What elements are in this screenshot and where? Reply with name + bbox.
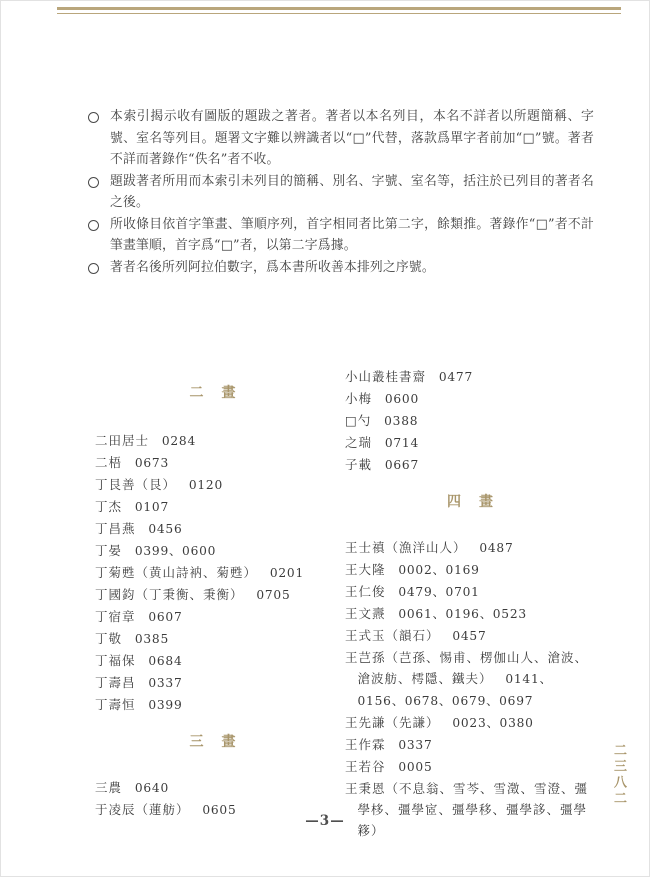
notes-list: 本索引揭示收有圖版的題跋之著者。著者以本名列目，本名不詳者以所題簡稱、字號、室名… (88, 106, 594, 278)
entry-name: 丁宿章 (95, 609, 136, 624)
entry-name: 王先謙（先謙） (345, 715, 440, 730)
index-entry: 王秉恩（不息翁、雪芩、雪澂、雪澄、彊學栘、彊學宧、彊學移、彊學誃、彊學簃） (345, 778, 597, 841)
entry-numbers: 0667 (385, 458, 419, 472)
entry-name: 小山叢桂書齋 (345, 369, 426, 384)
index-entry: 王芑孫（芑孫、惕甫、楞伽山人、滄波、滄波舫、樗隱、鐵夫）0141、0156、06… (345, 647, 597, 712)
page-number: —3— (0, 813, 650, 829)
entry-numbers: 0107 (135, 500, 169, 514)
index-entry: 王大隆0002、0169 (345, 559, 597, 581)
index-entry: 王仁俊0479、0701 (345, 581, 597, 603)
entry-numbers: 0005 (398, 760, 432, 774)
entry-numbers: 0479、0701 (398, 585, 479, 599)
index-entry: 二田居士0284 (95, 430, 332, 452)
top-rule-thin (57, 13, 621, 14)
entry-name: 之瑞 (345, 435, 372, 450)
note-text: 題跋著者所用而本索引未列目的簡稱、別名、字號、室名等，括注於已列目的著者名之後。 (110, 171, 594, 214)
entry-numbers: 0388 (384, 414, 418, 428)
entry-name: 王式玉（韻石） (345, 628, 440, 643)
index-entry: 丁宿章0607 (95, 606, 332, 628)
entry-name: 二田居士 (95, 433, 149, 448)
index-entry: 丁壽恒0399 (95, 694, 332, 716)
bullet-circle-icon (88, 220, 99, 231)
entry-name: 丁國鈞（丁秉衡、秉衡） (95, 587, 244, 602)
index-entry: 丁國鈞（丁秉衡、秉衡）0705 (95, 584, 332, 606)
stroke-section-header: 四 畫 (345, 492, 597, 513)
index-column-right: 小山叢桂書齋0477小梅0600□勺0388之瑞0714子載0667四 畫王士禛… (345, 366, 597, 841)
entry-numbers: 0705 (256, 588, 290, 602)
index-entry: 丁昌燕0456 (95, 518, 332, 540)
entry-name: 丁杰 (95, 499, 122, 514)
entry-numbers: 0201 (270, 566, 304, 580)
note-text: 所收條目依首字筆畫、筆順序列，首字相同者比第二字，餘類推。著錄作“□”者不計筆畫… (110, 214, 594, 257)
stroke-section-header: 二 畫 (95, 383, 332, 404)
index-entry: 王文燾0061、0196、0523 (345, 603, 597, 625)
index-entry: 丁杰0107 (95, 496, 332, 518)
note-item: 題跋著者所用而本索引未列目的簡稱、別名、字號、室名等，括注於已列目的著者名之後。 (88, 171, 594, 214)
entry-name: 王秉恩（不息翁、雪芩、雪澂、雪澄、彊學栘、彊學宧、彊學移、彊學誃、彊學簃） (345, 781, 588, 838)
entry-numbers: 0399 (148, 698, 182, 712)
note-item: 所收條目依首字筆畫、筆順序列，首字相同者比第二字，餘類推。著錄作“□”者不計筆畫… (88, 214, 594, 257)
index-entry: 丁艮善（艮）0120 (95, 474, 332, 496)
index-entry: 三農0640 (95, 777, 332, 799)
top-rule-thick (57, 7, 621, 10)
entry-name: 丁晏 (95, 543, 122, 558)
bullet-circle-icon (88, 177, 99, 188)
entry-name: 三農 (95, 780, 122, 795)
entry-numbers: 0607 (148, 610, 182, 624)
entry-name: 丁昌燕 (95, 521, 136, 536)
document-page: 本索引揭示收有圖版的題跋之著者。著者以本名列目，本名不詳者以所題簡稱、字號、室名… (0, 0, 650, 877)
bullet-circle-icon (88, 112, 99, 123)
index-entry: 二梧0673 (95, 452, 332, 474)
index-entry: 丁晏0399、0600 (95, 540, 332, 562)
index-column-left: 二 畫二田居士0284二梧0673丁艮善（艮）0120丁杰0107丁昌燕0456… (95, 383, 332, 821)
index-entry: 之瑞0714 (345, 432, 597, 454)
index-entry: 小梅0600 (345, 388, 597, 410)
entry-name: 小梅 (345, 391, 372, 406)
entry-name: 二梧 (95, 455, 122, 470)
bullet-circle-icon (88, 263, 99, 274)
index-entry: □勺0388 (345, 410, 597, 432)
entry-name: 丁壽恒 (95, 697, 136, 712)
entry-numbers: 0640 (135, 781, 169, 795)
index-entry: 王若谷0005 (345, 756, 597, 778)
entry-numbers: 0399、0600 (135, 544, 216, 558)
entry-name: 子載 (345, 457, 372, 472)
entry-numbers: 0487 (479, 541, 513, 555)
index-entry: 丁福保0684 (95, 650, 332, 672)
entry-name: 丁艮善（艮） (95, 477, 176, 492)
index-entry: 丁壽昌0337 (95, 672, 332, 694)
index-entry: 丁敬0385 (95, 628, 332, 650)
note-text: 著者名後所列阿拉伯數字，爲本書所收善本排列之序號。 (110, 257, 594, 279)
entry-numbers: 0337 (398, 738, 432, 752)
entry-numbers: 0600 (385, 392, 419, 406)
entry-name: 丁福保 (95, 653, 136, 668)
entry-name: 丁敬 (95, 631, 122, 646)
index-entry: 王士禛（漁洋山人）0487 (345, 537, 597, 559)
entry-numbers: 0456 (148, 522, 182, 536)
entry-numbers: 0337 (148, 676, 182, 690)
entry-name: 王仁俊 (345, 584, 386, 599)
entry-numbers: 0457 (452, 629, 486, 643)
entry-name: 王文燾 (345, 606, 386, 621)
index-entry: 丁菊甦（黄山詩衲、菊甦）0201 (95, 562, 332, 584)
entry-numbers: 0284 (162, 434, 196, 448)
entry-numbers: 0714 (385, 436, 419, 450)
entry-numbers: 0385 (135, 632, 169, 646)
index-entry: 王先謙（先謙）0023、0380 (345, 712, 597, 734)
entry-numbers: 0023、0380 (452, 716, 533, 730)
entry-name: 丁菊甦（黄山詩衲、菊甦） (95, 565, 257, 580)
entry-numbers: 0477 (439, 370, 473, 384)
entry-numbers: 0061、0196、0523 (398, 607, 527, 621)
note-item: 本索引揭示收有圖版的題跋之著者。著者以本名列目，本名不詳者以所題簡稱、字號、室名… (88, 106, 594, 171)
note-item: 著者名後所列阿拉伯數字，爲本書所收善本排列之序號。 (88, 257, 594, 279)
entry-numbers: 0120 (189, 478, 223, 492)
entry-name: 王作霖 (345, 737, 386, 752)
index-entry: 子載0667 (345, 454, 597, 476)
entry-name: 丁壽昌 (95, 675, 136, 690)
index-entry: 王作霖0337 (345, 734, 597, 756)
entry-numbers: 0002、0169 (398, 563, 479, 577)
note-text: 本索引揭示收有圖版的題跋之著者。著者以本名列目，本名不詳者以所題簡稱、字號、室名… (110, 106, 594, 171)
index-entry: 王式玉（韻石）0457 (345, 625, 597, 647)
entry-numbers: 0673 (135, 456, 169, 470)
entry-name: 王大隆 (345, 562, 386, 577)
entry-name: □勺 (345, 413, 371, 428)
index-entry: 小山叢桂書齋0477 (345, 366, 597, 388)
stroke-section-header: 三 畫 (95, 732, 332, 753)
entry-name: 王若谷 (345, 759, 386, 774)
entry-numbers: 0684 (148, 654, 182, 668)
entry-name: 王士禛（漁洋山人） (345, 540, 467, 555)
